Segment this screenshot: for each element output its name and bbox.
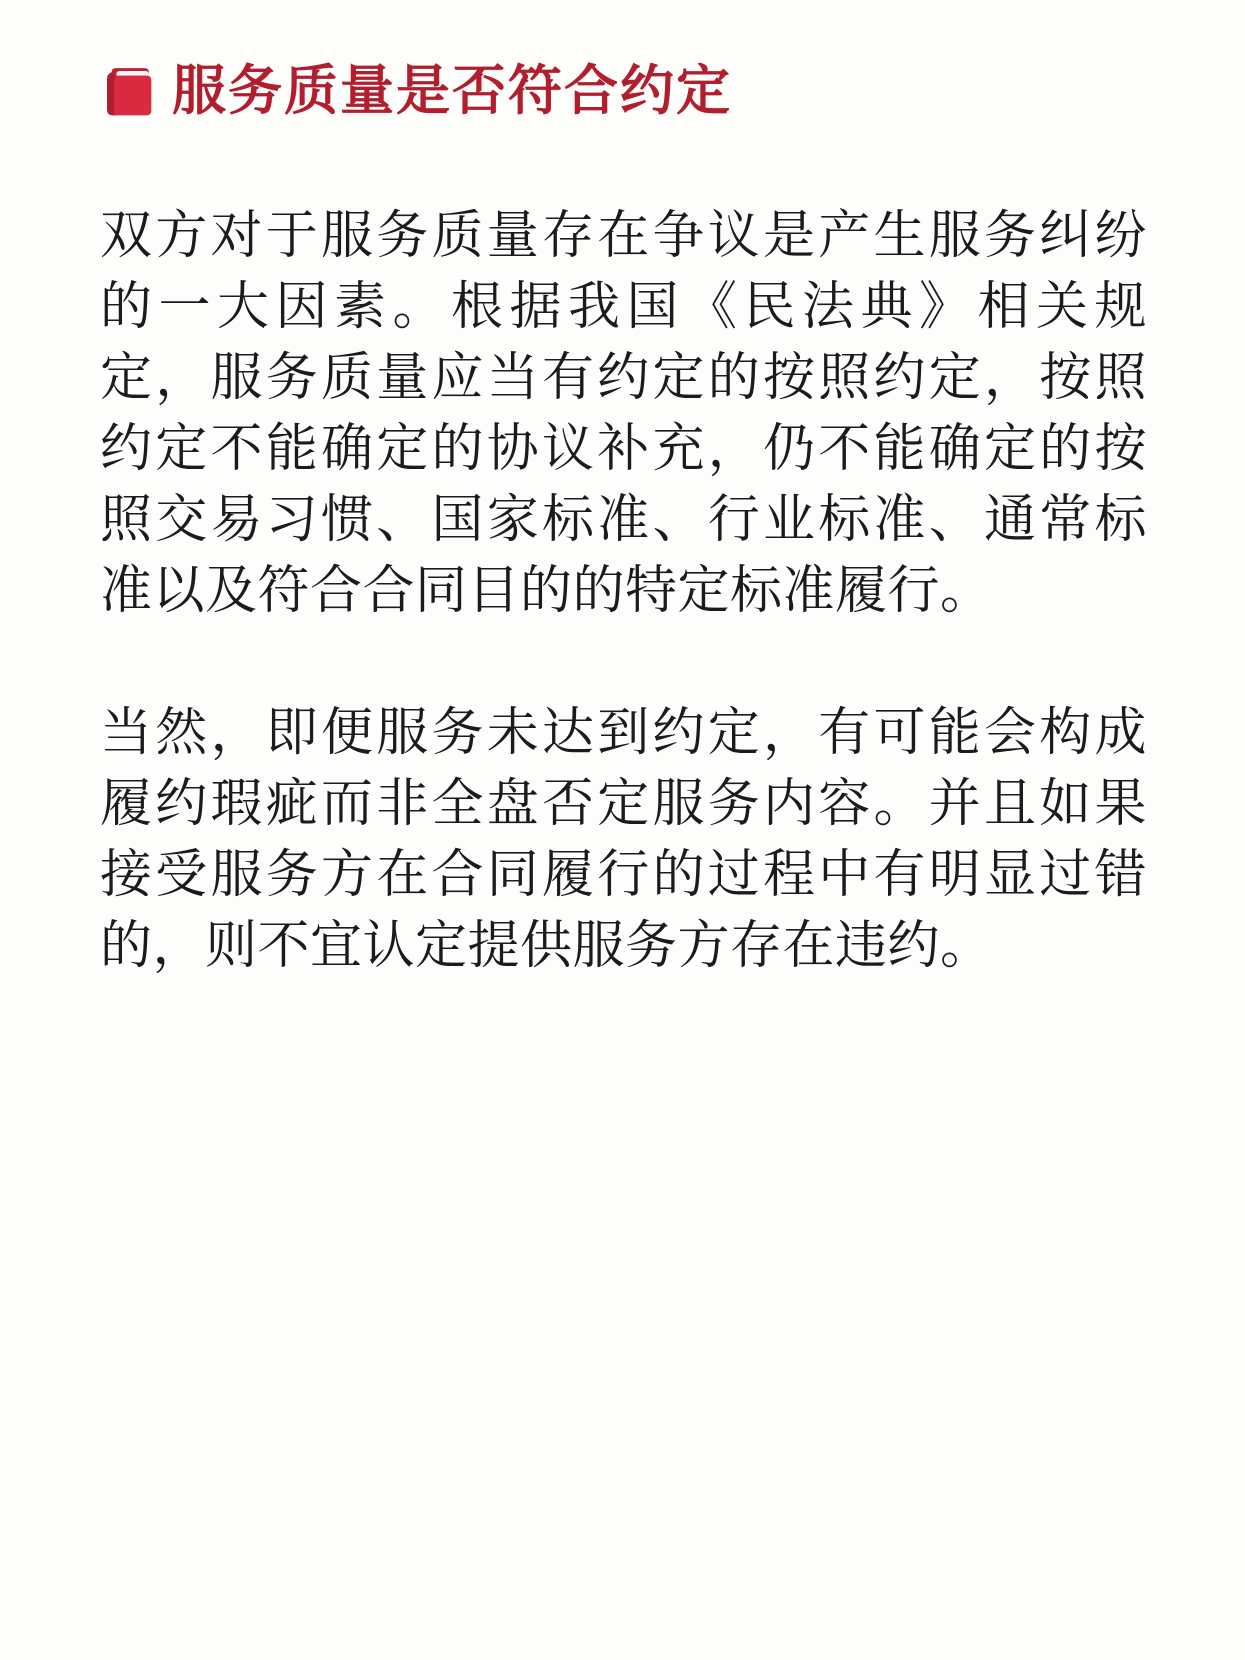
paragraph-service-quality-rules: 双方对于服务质量存在争议是产生服务纠纷的一大因素。根据我国《民法典》相关规定，服…: [100, 201, 1147, 627]
paragraph-breach-assessment: 当然，即便服务未达到约定，有可能会构成履约瑕疵而非全盘否定服务内容。并且如果接受…: [100, 698, 1147, 982]
red-book-icon: [100, 64, 156, 120]
page-title-row: 服务质量是否符合约定: [100, 62, 1147, 121]
text-card-page: 服务质量是否符合约定 双方对于服务质量存在争议是产生服务纠纷的一大因素。根据我国…: [0, 0, 1245, 1660]
page-title: 服务质量是否符合约定: [172, 62, 732, 121]
